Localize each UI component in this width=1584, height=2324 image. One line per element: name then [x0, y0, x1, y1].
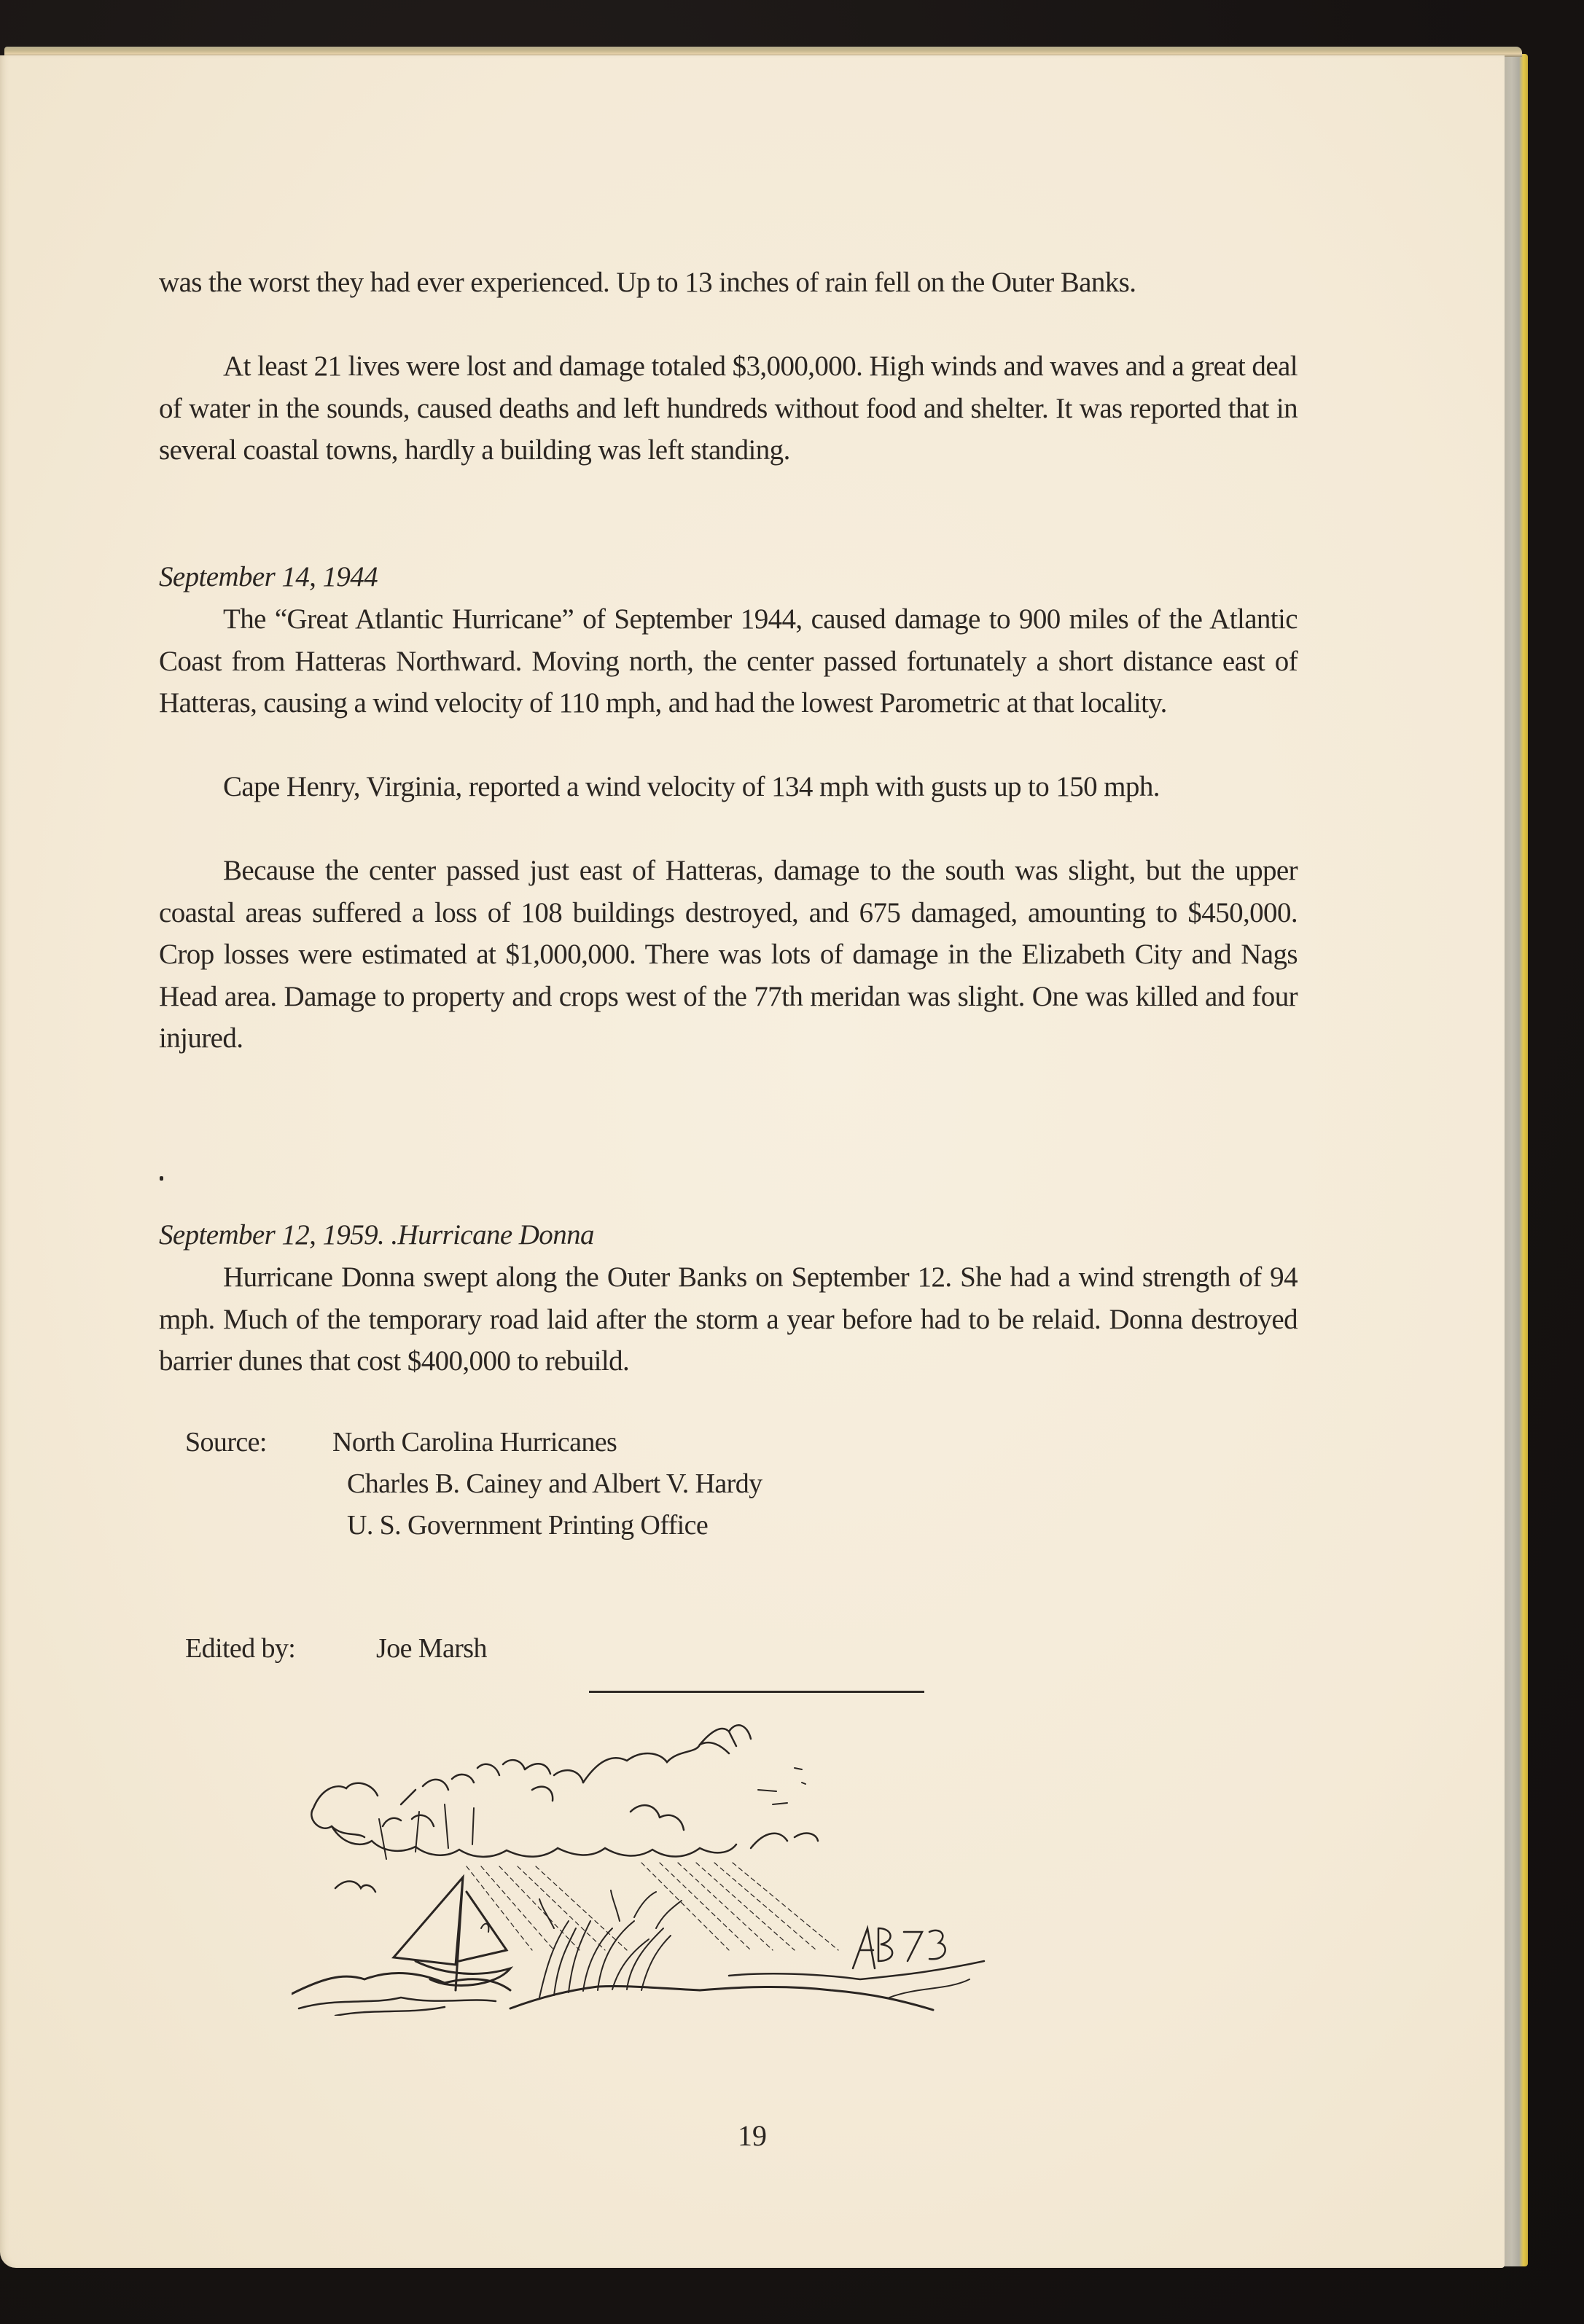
paragraph: Because the center passed just east of H… [159, 850, 1298, 1060]
paragraph: was the worst they had ever experienced.… [159, 262, 1298, 304]
section-heading: September 14, 1944 [159, 556, 1298, 598]
ink-speck [160, 1176, 163, 1181]
source-label: Source: [185, 1422, 267, 1463]
paragraph: Cape Henry, Virginia, reported a wind ve… [159, 766, 1298, 808]
storm-sketch-illustration [292, 1710, 1312, 2016]
source-line: U. S. Government Printing Office [347, 1505, 708, 1546]
editor-label: Edited by: [185, 1628, 295, 1670]
page-number: 19 [0, 2118, 1505, 2153]
book-page: was the worst they had ever experienced.… [0, 55, 1505, 2268]
editor-name: Joe Marsh [376, 1628, 487, 1670]
paragraph: At least 21 lives were lost and damage t… [159, 345, 1298, 472]
source-line: North Carolina Hurricanes [332, 1422, 617, 1463]
paragraph: The “Great Atlantic Hurricane” of Septem… [159, 598, 1298, 724]
source-line: Charles B. Cainey and Albert V. Hardy [347, 1463, 762, 1505]
section-heading: September 12, 1959. .Hurricane Donna [159, 1214, 1298, 1256]
separator-rule [589, 1691, 924, 1693]
paragraph: Hurricane Donna swept along the Outer Ba… [159, 1256, 1298, 1382]
storm-sketch-icon [292, 1710, 1312, 2016]
